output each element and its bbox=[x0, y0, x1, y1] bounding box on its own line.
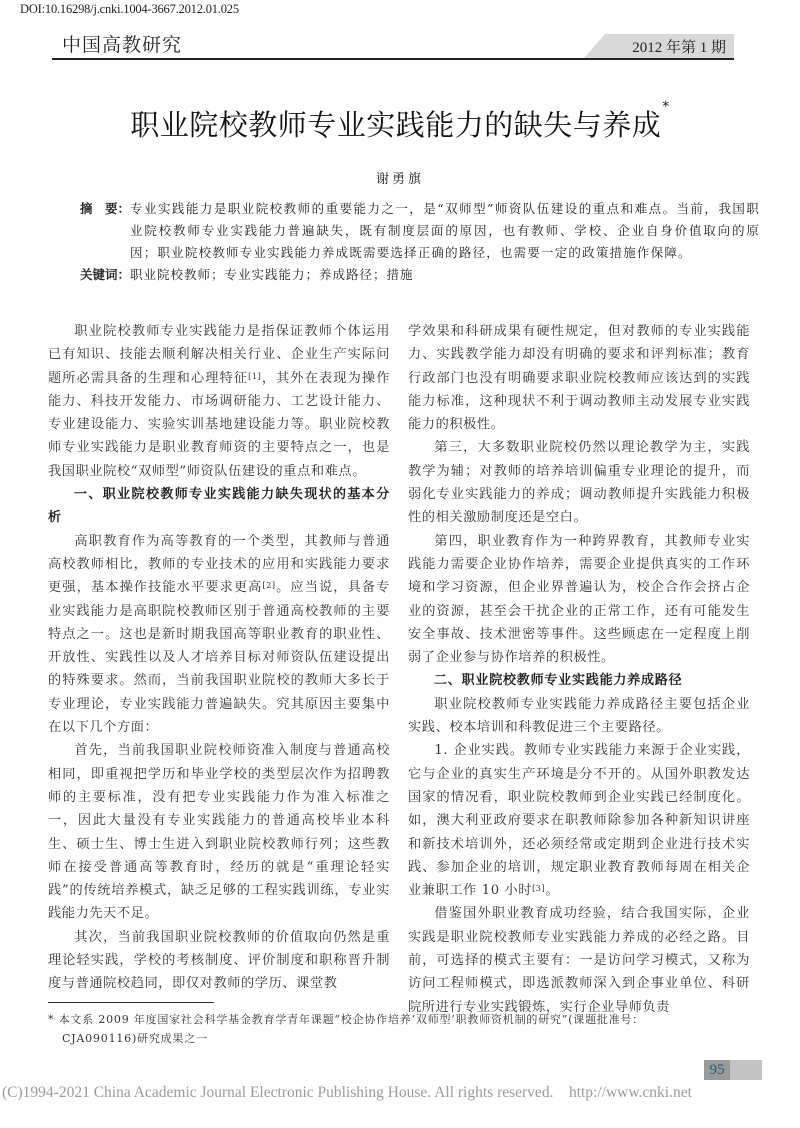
section-heading-1: 一、职业院校教师专业实践能力缺失现状的基本分析 bbox=[48, 483, 390, 530]
paragraph: 第四，职业教育作为一种跨界教育，其教师专业实践能力需要企业协作培养，需要企业提供… bbox=[408, 530, 750, 670]
right-column: 学效果和科研成果有硬性规定，但对教师的专业实践能力、实践教学能力却没有明确的要求… bbox=[408, 320, 750, 1019]
paragraph-text: 。 bbox=[545, 883, 559, 898]
paragraph: 1. 企业实践。教师专业实践能力来源于企业实践，它与企业的真实生产环境是分不开的… bbox=[408, 739, 750, 902]
paragraph: 学效果和科研成果有硬性规定，但对教师的专业实践能力、实践教学能力却没有明确的要求… bbox=[408, 320, 750, 436]
paragraph: 职业院校教师专业实践能力养成路径主要包括企业实践、校本培训和科教促进三个主要路径… bbox=[408, 693, 750, 740]
abstract-text: 专业实践能力是职业院校教师的重要能力之一，是“双师型”师资队伍建设的重点和难点。… bbox=[130, 198, 760, 264]
keywords-label: 关键词： bbox=[80, 264, 130, 286]
title-text: 职业院校教师专业实践能力的缺失与养成 bbox=[130, 108, 661, 142]
title-footnote-mark: * bbox=[662, 99, 670, 115]
citation-ref: [3] bbox=[532, 884, 545, 893]
abstract-label: 摘 要： bbox=[80, 198, 130, 264]
footnote-line: * 本文系 2009 年度国家社会科学基金教育学青年课题“校企协作培养‘双师型’… bbox=[48, 1010, 748, 1029]
paragraph-text: ，其外在表现为操作能力、科技开发能力、市场调研能力、工艺设计能力、专业建设能力、… bbox=[48, 371, 390, 479]
paragraph: 其次，当前我国职业院校教师的价值取向仍然是重理论轻实践，学校的考核制度、评价制度… bbox=[48, 926, 390, 996]
citation-ref: [2] bbox=[262, 581, 275, 590]
section-heading-2: 二、职业院校教师专业实践能力养成路径 bbox=[408, 669, 750, 692]
paragraph: 职业院校教师专业实践能力是指保证教师个体运用已有知识、技能去顺利解决相关行业、企… bbox=[48, 320, 390, 483]
paragraph: 借鉴国外职业教育成功经验，结合我国实际，企业实践是职业院校教师专业实践能力养成的… bbox=[408, 902, 750, 1018]
journal-name: 中国高教研究 bbox=[62, 30, 182, 57]
doi-label: DOI:10.16298/j.cnki.1004-3667.2012.01.02… bbox=[20, 2, 239, 17]
keywords-row: 关键词： 职业院校教师；专业实践能力；养成路径；措施 bbox=[80, 264, 760, 286]
page-number: 95 bbox=[704, 1060, 730, 1080]
footnote-divider bbox=[48, 1002, 214, 1003]
paragraph: 高职教育作为高等教育的一个类型，其教师与普通高校教师相比，教师的专业技术的应用和… bbox=[48, 530, 390, 740]
paragraph: 第三，大多数职业院校仍然以理论教学为主，实践教学为辅；对教师的培养培训偏重专业理… bbox=[408, 436, 750, 529]
left-column: 职业院校教师专业实践能力是指保证教师个体运用已有知识、技能去顺利解决相关行业、企… bbox=[48, 320, 390, 996]
abstract-block: 摘 要： 专业实践能力是职业院校教师的重要能力之一，是“双师型”师资队伍建设的重… bbox=[80, 198, 760, 286]
author-name: 谢勇旗 bbox=[0, 168, 800, 187]
footnote-line: CJA090116)研究成果之一 bbox=[48, 1029, 748, 1048]
issue-label: 2012 年第 1 期 bbox=[632, 36, 726, 57]
page-number-box: 95 bbox=[704, 1060, 762, 1080]
footnote: * 本文系 2009 年度国家社会科学基金教育学青年课题“校企协作培养‘双师型’… bbox=[48, 1010, 748, 1048]
copyright-watermark: (C)1994-2021 China Academic Journal Elec… bbox=[2, 1084, 692, 1102]
paragraph-text: 1. 企业实践。教师专业实践能力来源于企业实践，它与企业的真实生产环境是分不开的… bbox=[408, 743, 750, 898]
journal-header: 中国高教研究 2012 年第 1 期 bbox=[52, 30, 734, 60]
paragraph-text: 。应当说，具备专业实践能力是高职院校教师区别于普通高校教师的主要特点之一。这也是… bbox=[48, 580, 390, 735]
keywords-text: 职业院校教师；专业实践能力；养成路径；措施 bbox=[130, 264, 414, 286]
article-title: 职业院校教师专业实践能力的缺失与养成* bbox=[0, 103, 800, 144]
paragraph: 首先，当前我国职业院校师资准入制度与普通高校相同，即重视把学历和毕业学校的类型层… bbox=[48, 739, 390, 925]
citation-ref: [1] bbox=[248, 372, 261, 381]
abstract-row: 摘 要： 专业实践能力是职业院校教师的重要能力之一，是“双师型”师资队伍建设的重… bbox=[80, 198, 760, 264]
